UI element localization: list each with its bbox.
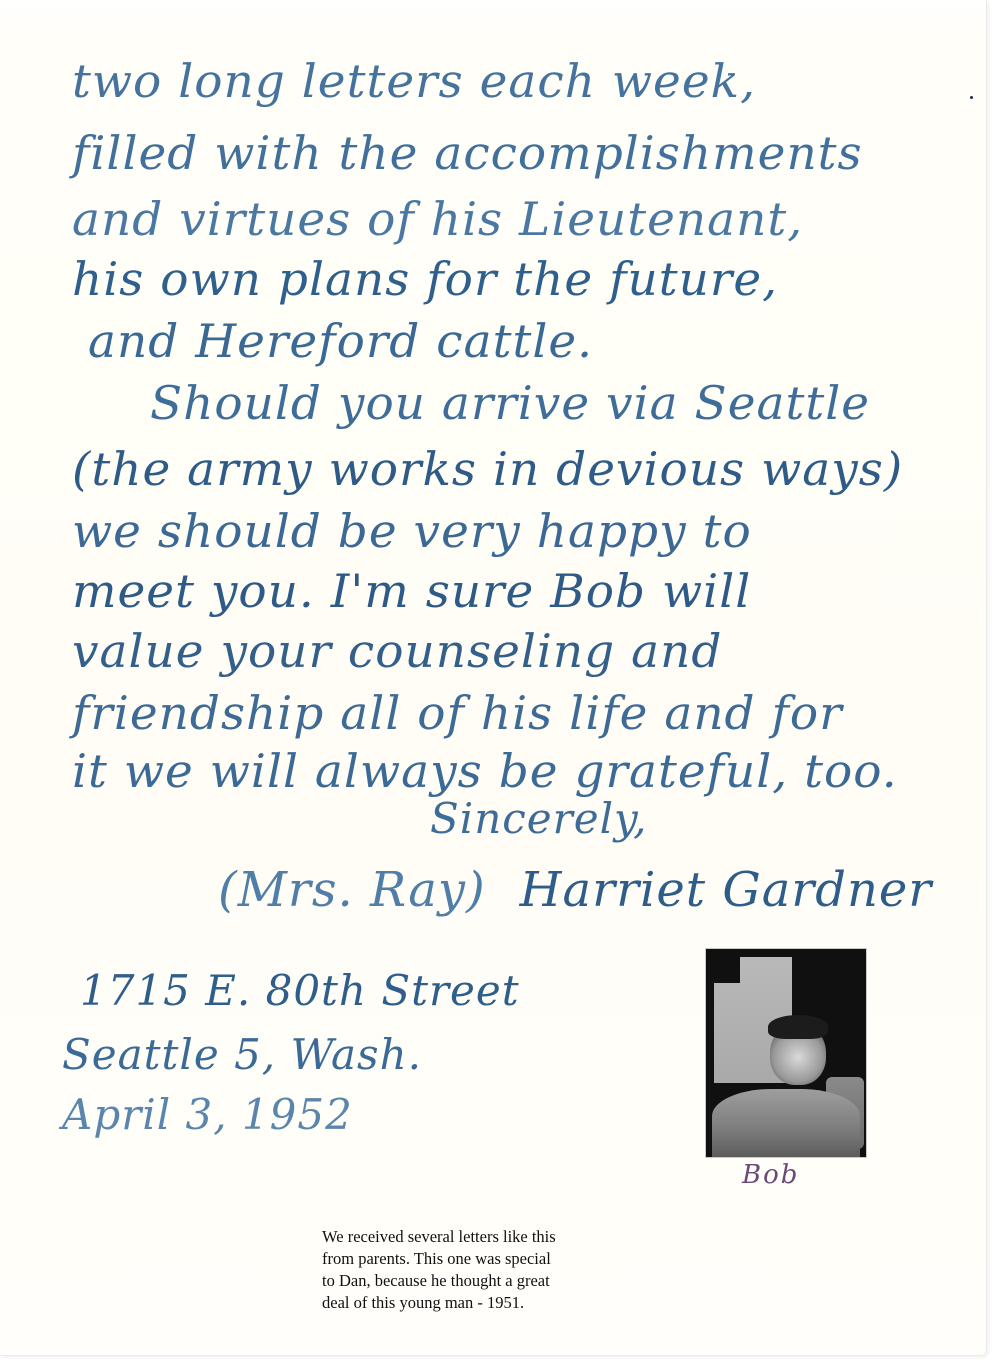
typed-caption: We received several letters like this fr… [322,1226,642,1314]
caption-line: We received several letters like this [322,1226,642,1248]
photo-subject-body [712,1089,860,1157]
letter-line: two long letters each week, [72,58,756,104]
signature-prefix: (Mrs. Ray) [218,862,486,918]
caption-line: to Dan, because he thought a great [322,1270,642,1292]
ink-speck [970,96,973,99]
caption-line: from parents. This one was special [322,1248,642,1270]
photo-label: Bob [742,1160,799,1190]
letter-line: it we will always be grateful, too. [72,748,898,794]
letter-line: (the army works in devious ways) [72,446,903,492]
letter-line: and virtues of his Lieutenant, [72,196,803,242]
letter-line: his own plans for the future, [72,256,778,302]
letter-closing: Sincerely, [430,798,648,840]
address-street: 1715 E. 80th Street [80,970,520,1012]
letter-line: filled with the accomplishments [72,130,863,176]
letter-line: meet you. I'm sure Bob will [72,568,751,614]
letter-line: we should be very happy to [72,508,752,554]
address-city: Seattle 5, Wash. [62,1034,422,1076]
letter-signature: (Mrs. Ray)Harriet Gardner [218,866,932,914]
photo-subject-hair [768,1015,828,1039]
letter-line: and Hereford cattle. [88,318,593,364]
letter-line: Should you arrive via Seattle [150,380,870,426]
letter-page: two long letters each week, filled with … [0,0,987,1356]
portrait-photo [705,948,867,1158]
letter-line: friendship all of his life and for [72,690,843,736]
letter-line: value your counseling and [72,628,722,674]
caption-line: deal of this young man - 1951. [322,1292,642,1314]
signature-name: Harriet Gardner [520,862,933,918]
letter-date: April 3, 1952 [62,1094,353,1136]
